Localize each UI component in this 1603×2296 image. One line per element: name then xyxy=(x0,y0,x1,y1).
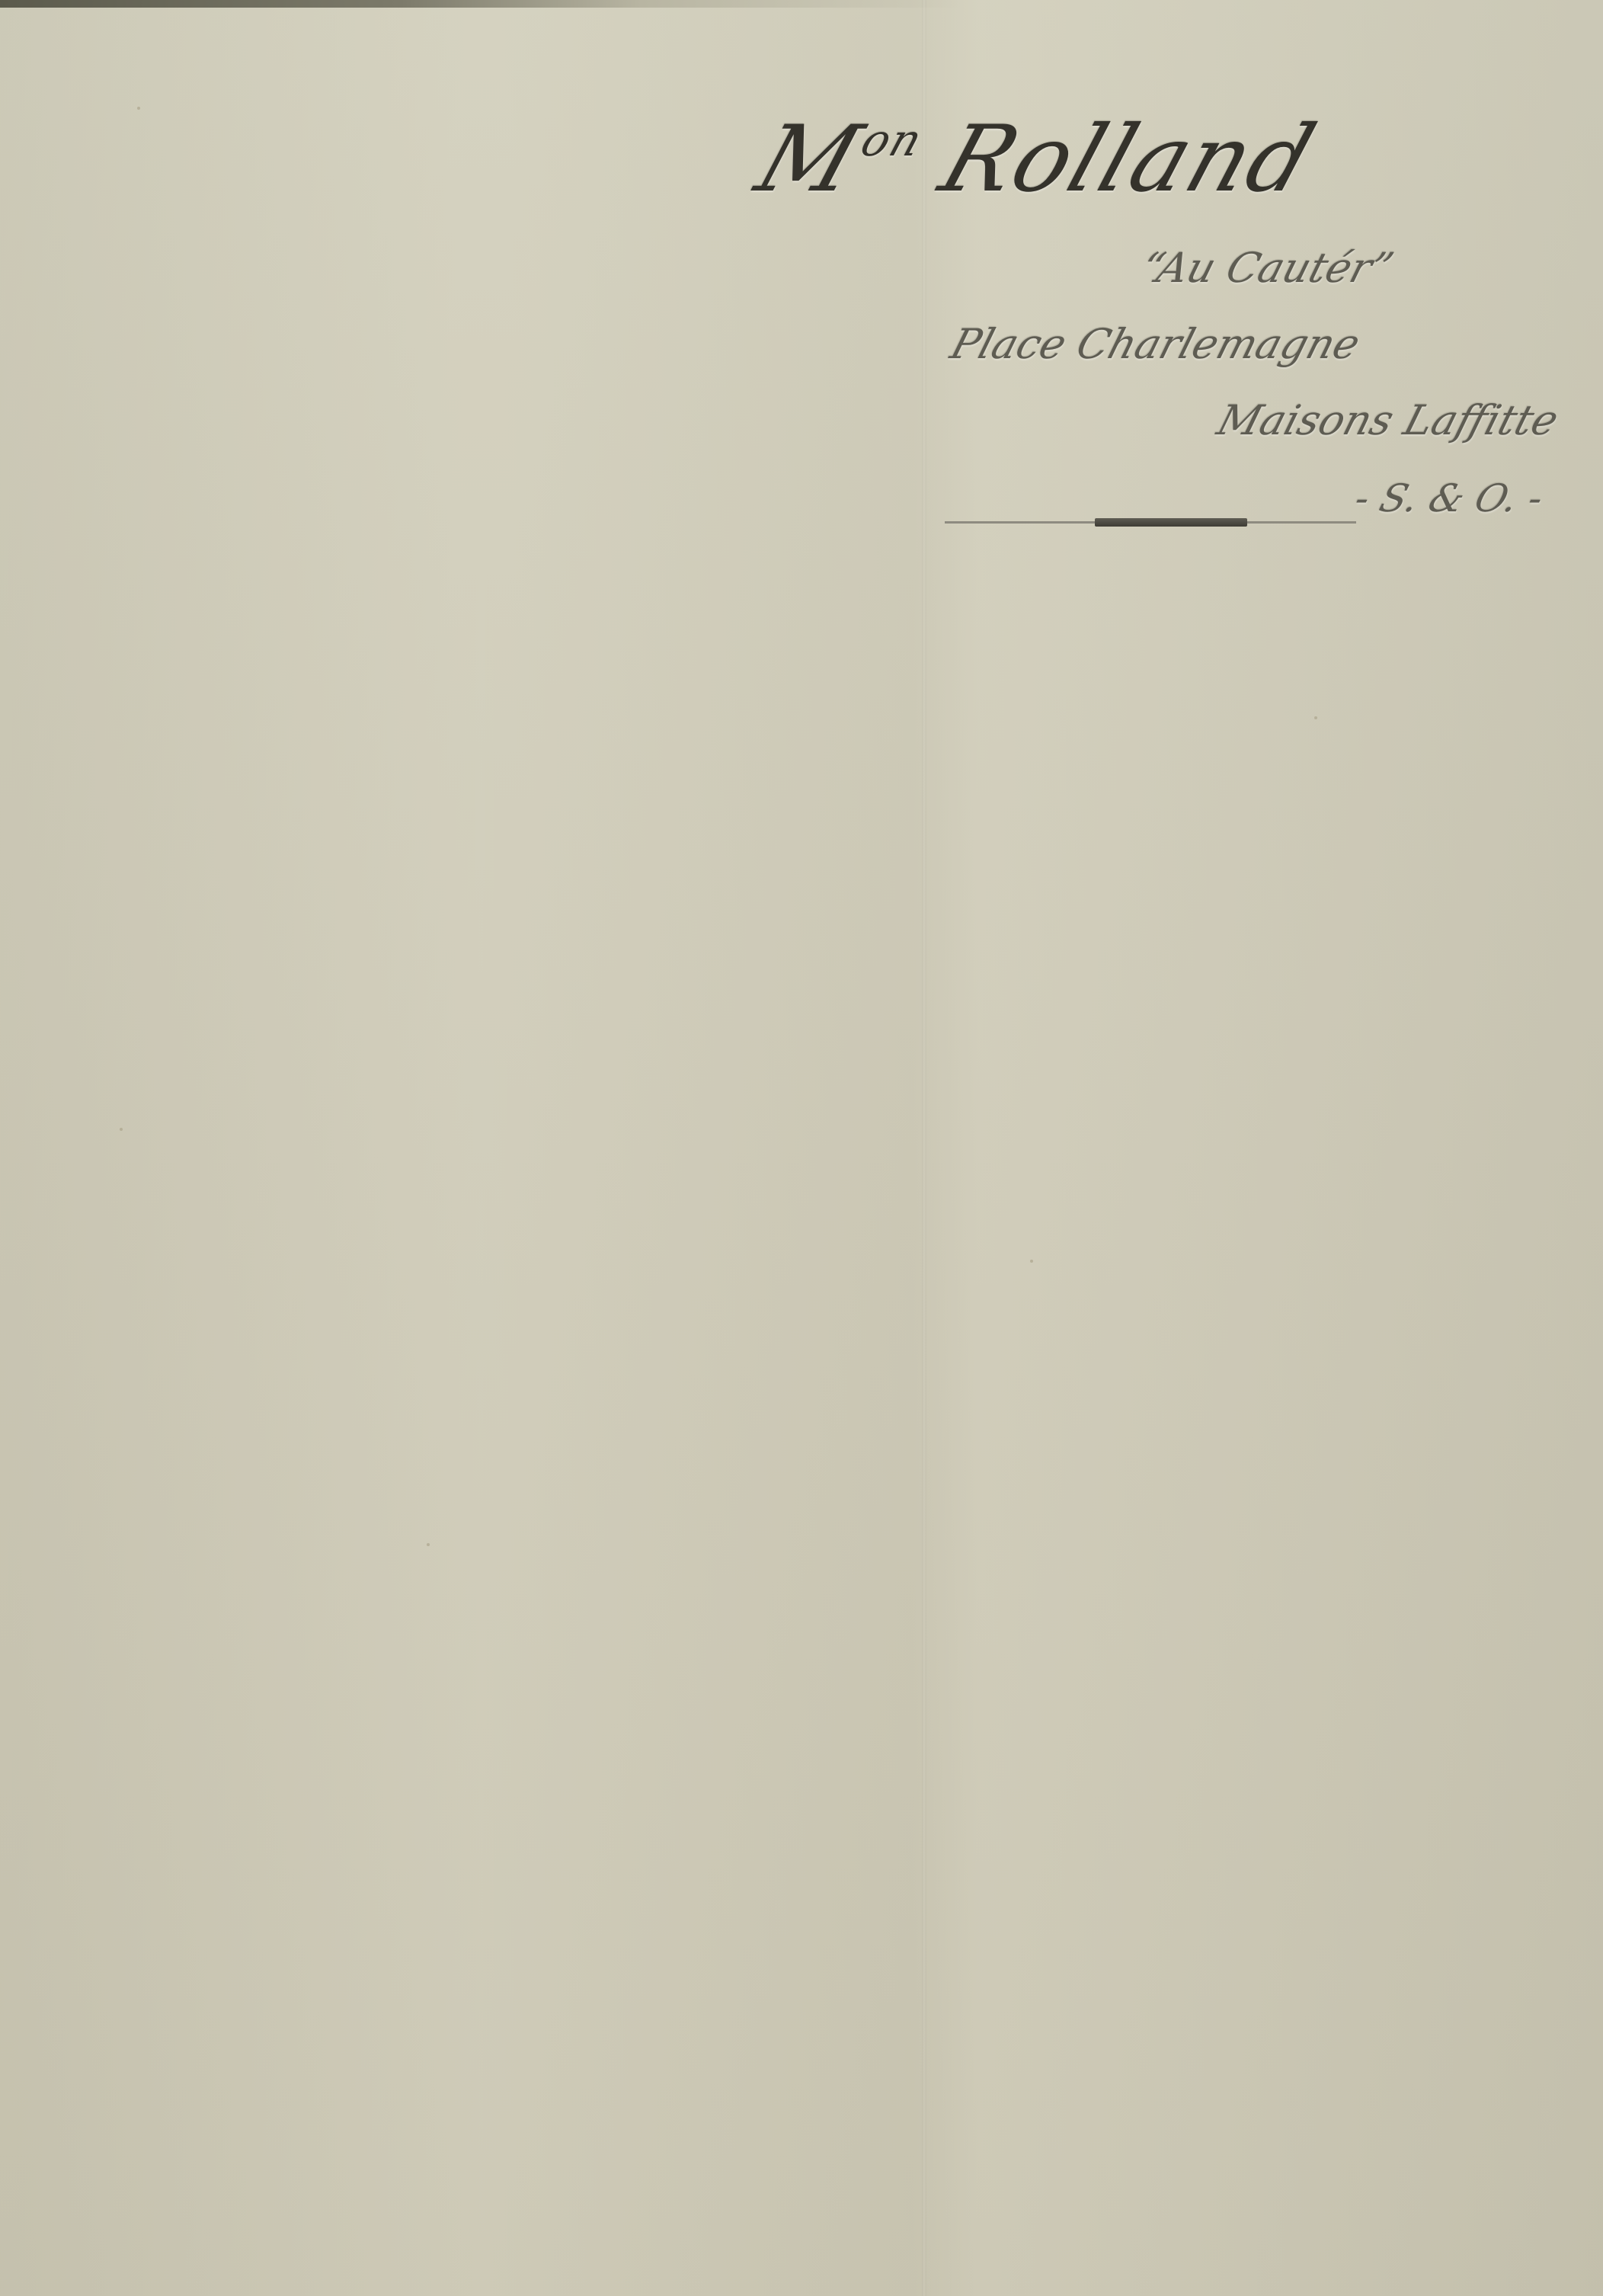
address-line-department: - S. & O. - xyxy=(1350,476,1549,520)
paper-speck xyxy=(1314,716,1317,719)
paper-speck xyxy=(120,1128,123,1131)
paper-speck xyxy=(427,1543,430,1546)
address-line-town: Maisons Laffitte xyxy=(1212,396,1564,444)
paper-speck xyxy=(137,107,140,110)
document-page: Mon Rolland “Au Cautér” Place Charlemagn… xyxy=(0,0,1603,2296)
recipient-surname: Rolland xyxy=(929,107,1328,213)
recipient-title: M xyxy=(744,107,874,213)
page-top-edge-shadow xyxy=(0,0,1603,8)
decorative-underline-bold-segment xyxy=(1095,518,1247,527)
page-fold-line xyxy=(922,0,926,2296)
paper-speck xyxy=(1030,1260,1033,1263)
recipient-name: Mon Rolland xyxy=(744,107,1327,213)
address-line-street: Place Charlemagne xyxy=(945,320,1365,368)
address-line-business: “Au Cautér” xyxy=(1136,244,1399,292)
